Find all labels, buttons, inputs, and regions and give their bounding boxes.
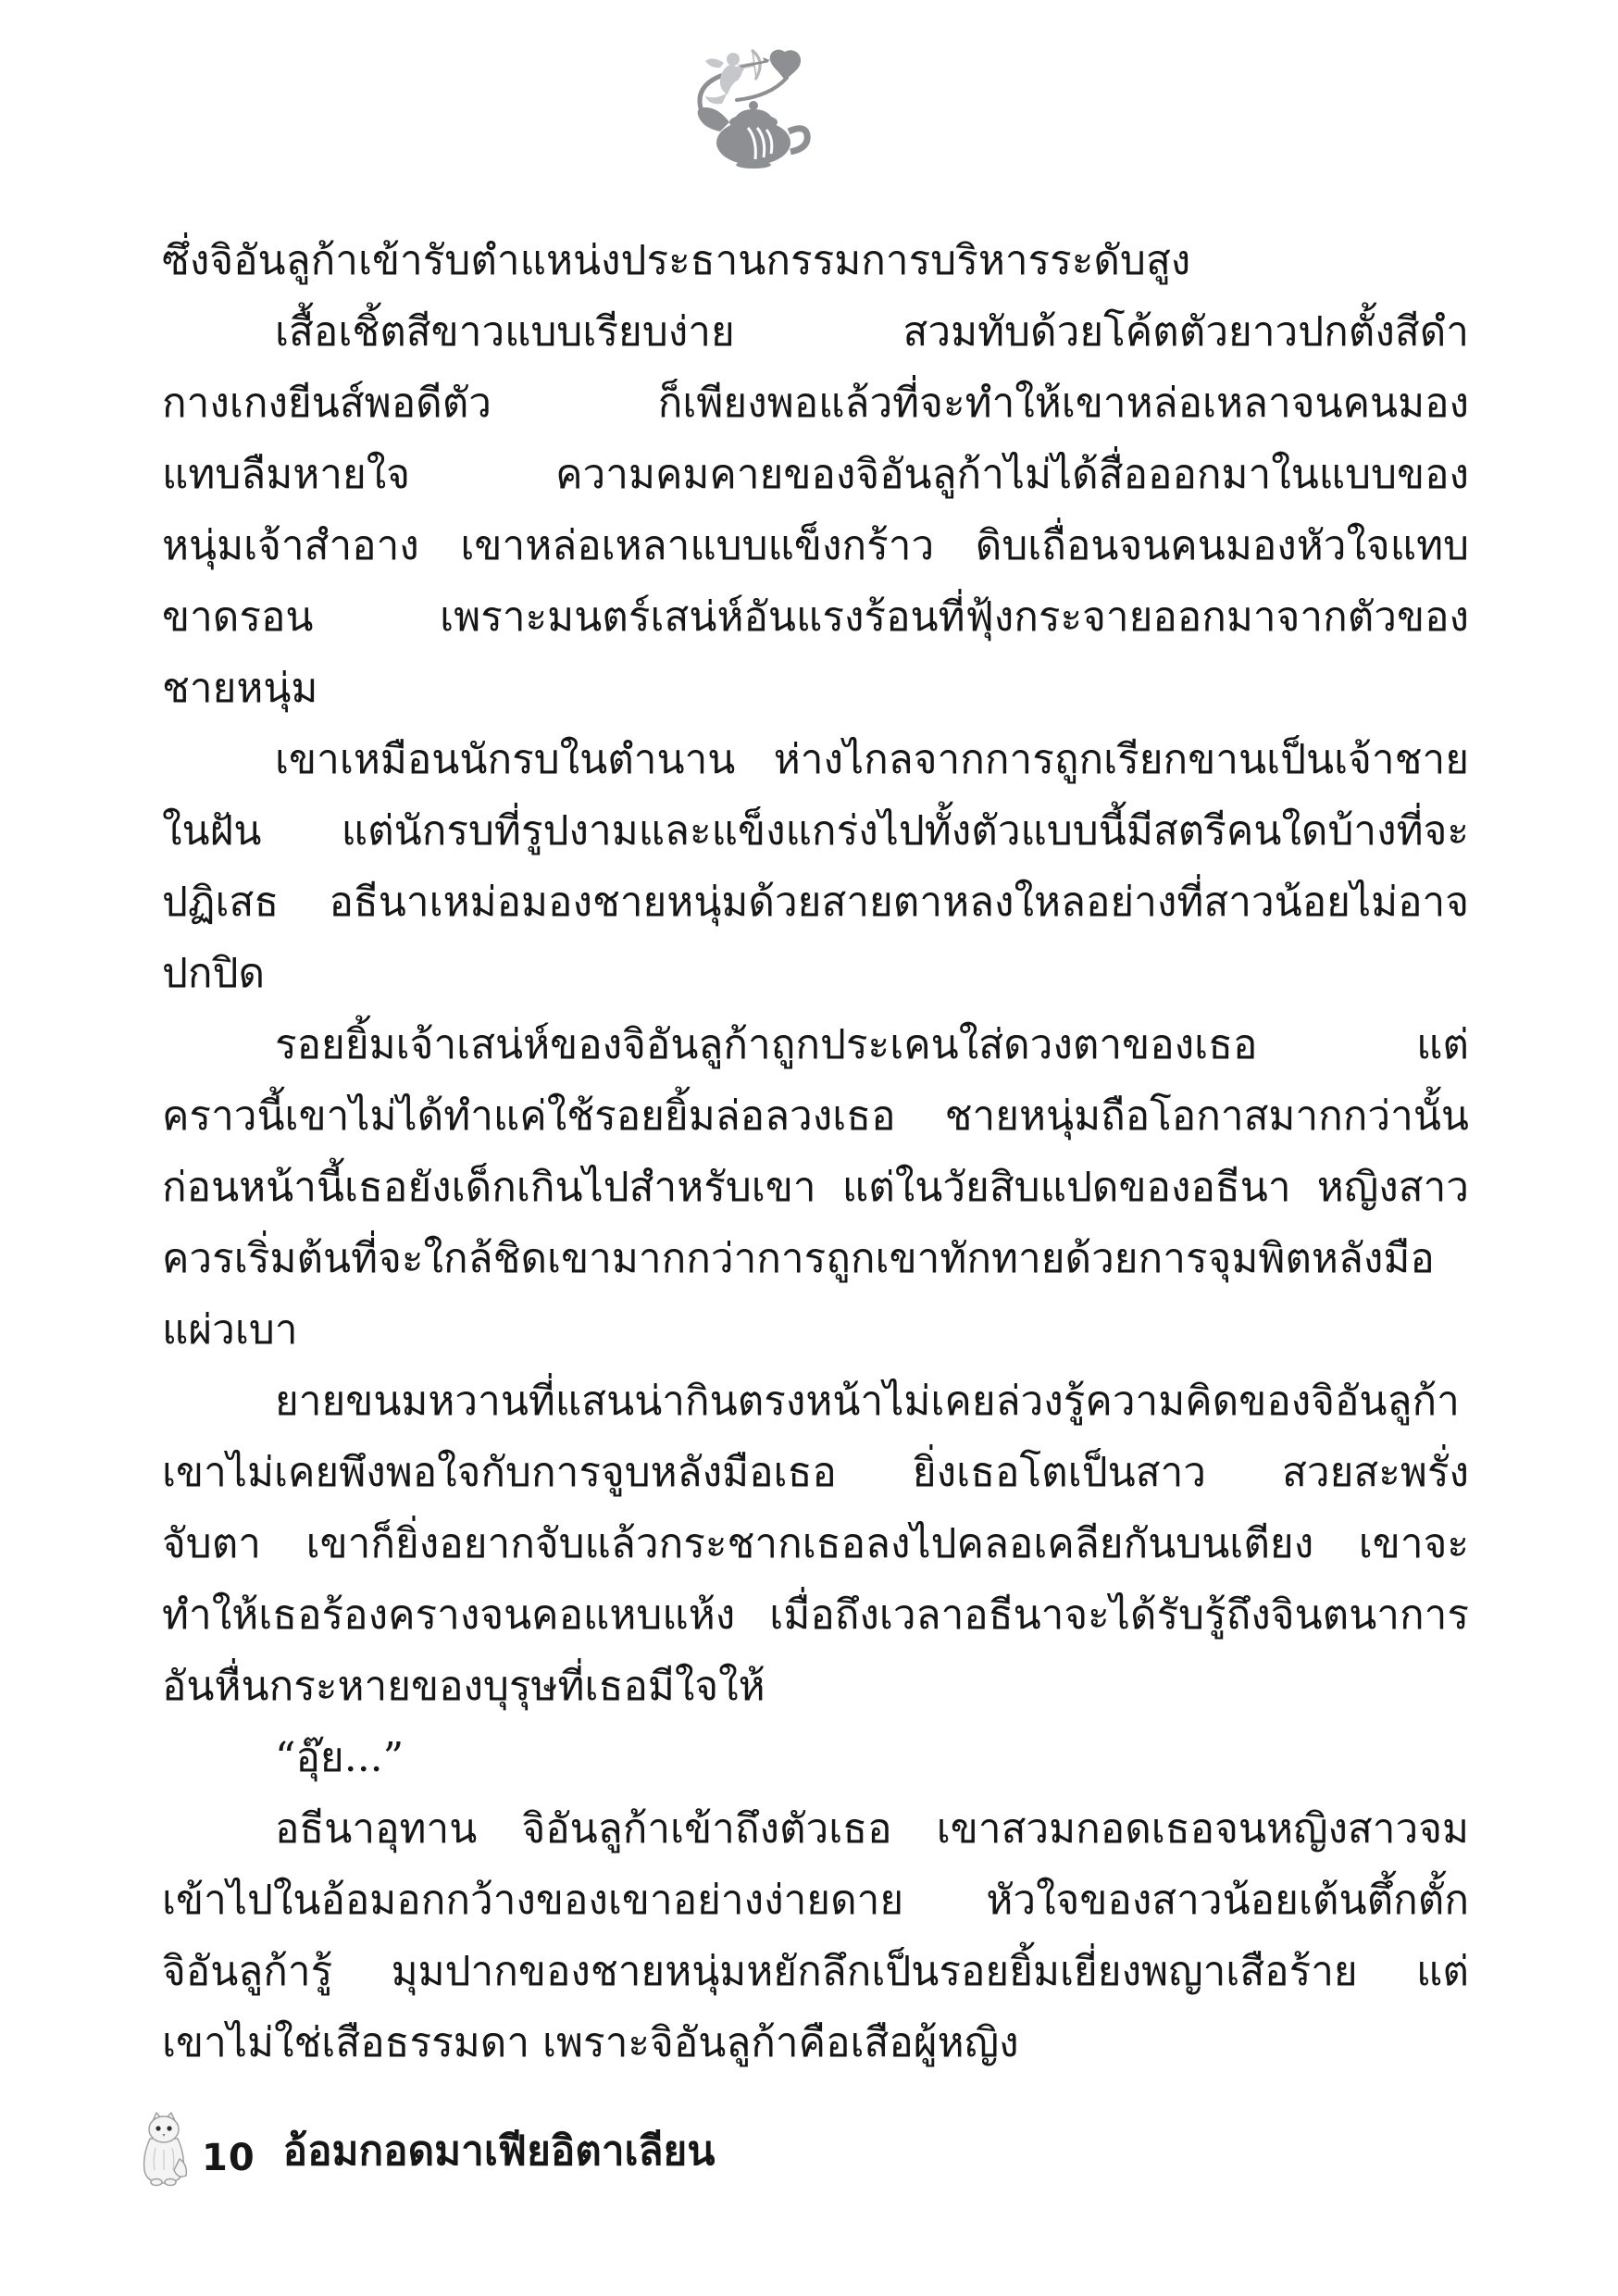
body-text-line: ก่อนหน้านี้เธอยังเด็กเกินไปสำหรับเขา แต่… [162, 1152, 1469, 1223]
body-text-line: ซึ่งจิอันลูก้าเข้ารับตำแหน่งประธานกรรมกา… [162, 225, 1469, 296]
body-text-line: คราวนี้เขาไม่ได้ทำแค่ใช้รอยยิ้มล่อลวงเธอ… [162, 1080, 1469, 1152]
body-text-line: ปกปิด [162, 938, 1469, 1009]
body-text-line: ควรเริ่มต้นที่จะใกล้ชิดเขามากกว่าการถูกเ… [162, 1223, 1469, 1294]
body-text-line: เข้าไปในอ้อมอกกว้างของเขาอย่างง่ายดาย หั… [162, 1865, 1469, 1936]
body-text-line: ชายหนุ่ม [162, 653, 1469, 724]
body-text-line: เสื้อเชิ้ตสีขาวแบบเรียบง่าย สวมทับด้วยโค… [162, 296, 1469, 368]
book-title: อ้อมกอดมาเฟียอิตาเลียน [283, 2118, 716, 2187]
body-text-line: อธีนาอุทาน จิอันลูก้าเข้าถึงตัวเธอ เขาสว… [162, 1793, 1469, 1865]
body-text-line: ทำให้เธอร้องครางจนคอแหบแห้ง เมื่อถึงเวลา… [162, 1579, 1469, 1651]
persian-cat-icon [139, 2111, 189, 2187]
body-text-line: ในฝัน แต่นักรบที่รูปงามและแข็งแกร่งไปทั้… [162, 795, 1469, 867]
body-text-line: ยายขนมหวานที่แสนน่ากินตรงหน้าไม่เคยล่วงร… [162, 1366, 1469, 1437]
body-text-line: อันหื่นกระหายของบุรุษที่เธอมีใจให้ [162, 1651, 1469, 1722]
body-text-line: เขาเหมือนนักรบในตำนาน ห่างไกลจากการถูกเร… [162, 724, 1469, 795]
body-text-line: จิอันลูก้ารู้ มุมปากของชายหนุ่มหยักลึกเป… [162, 1936, 1469, 2007]
body-text-line: แทบลืมหายใจ ความคมคายของจิอันลูก้าไม่ได้… [162, 439, 1469, 510]
body-text-line: จับตา เขาก็ยิ่งอยากจับแล้วกระชากเธอลงไปค… [162, 1508, 1469, 1579]
body-text-line: ขาดรอน เพราะมนตร์เสน่ห์อันแรงร้อนที่ฟุ้ง… [162, 581, 1469, 653]
body-text-line: เขาไม่ใช่เสือธรรมดา เพราะจิอันลูก้าคือเส… [162, 2007, 1469, 2078]
body-text-line: “อุ๊ย...” [162, 1722, 1469, 1793]
cupid-arrow-heart-genie-lamp-icon [696, 46, 811, 168]
body-text-line: เขาไม่เคยพึงพอใจกับการจูบหลังมือเธอ ยิ่ง… [162, 1437, 1469, 1508]
body-text-line: รอยยิ้มเจ้าเสน่ห์ของจิอันลูก้าถูกประเคนใ… [162, 1009, 1469, 1080]
body-text: ซึ่งจิอันลูก้าเข้ารับตำแหน่งประธานกรรมกา… [162, 225, 1469, 2078]
page-number: 10 [202, 2137, 255, 2187]
body-text-line: กางเกงยีนส์พอดีตัว ก็เพียงพอแล้วที่จะทำใ… [162, 368, 1469, 439]
body-text-line: หนุ่มเจ้าสำอาง เขาหล่อเหลาแบบแข็งกร้าว ด… [162, 510, 1469, 581]
book-page: ซึ่งจิอันลูก้าเข้ารับตำแหน่งประธานกรรมกา… [0, 0, 1618, 2296]
body-text-line: แผ่วเบา [162, 1294, 1469, 1366]
footer: 10 อ้อมกอดมาเฟียอิตาเลียน [139, 2111, 715, 2187]
body-text-line: ปฏิเสธ อธีนาเหม่อมองชายหนุ่มด้วยสายตาหลง… [162, 867, 1469, 938]
